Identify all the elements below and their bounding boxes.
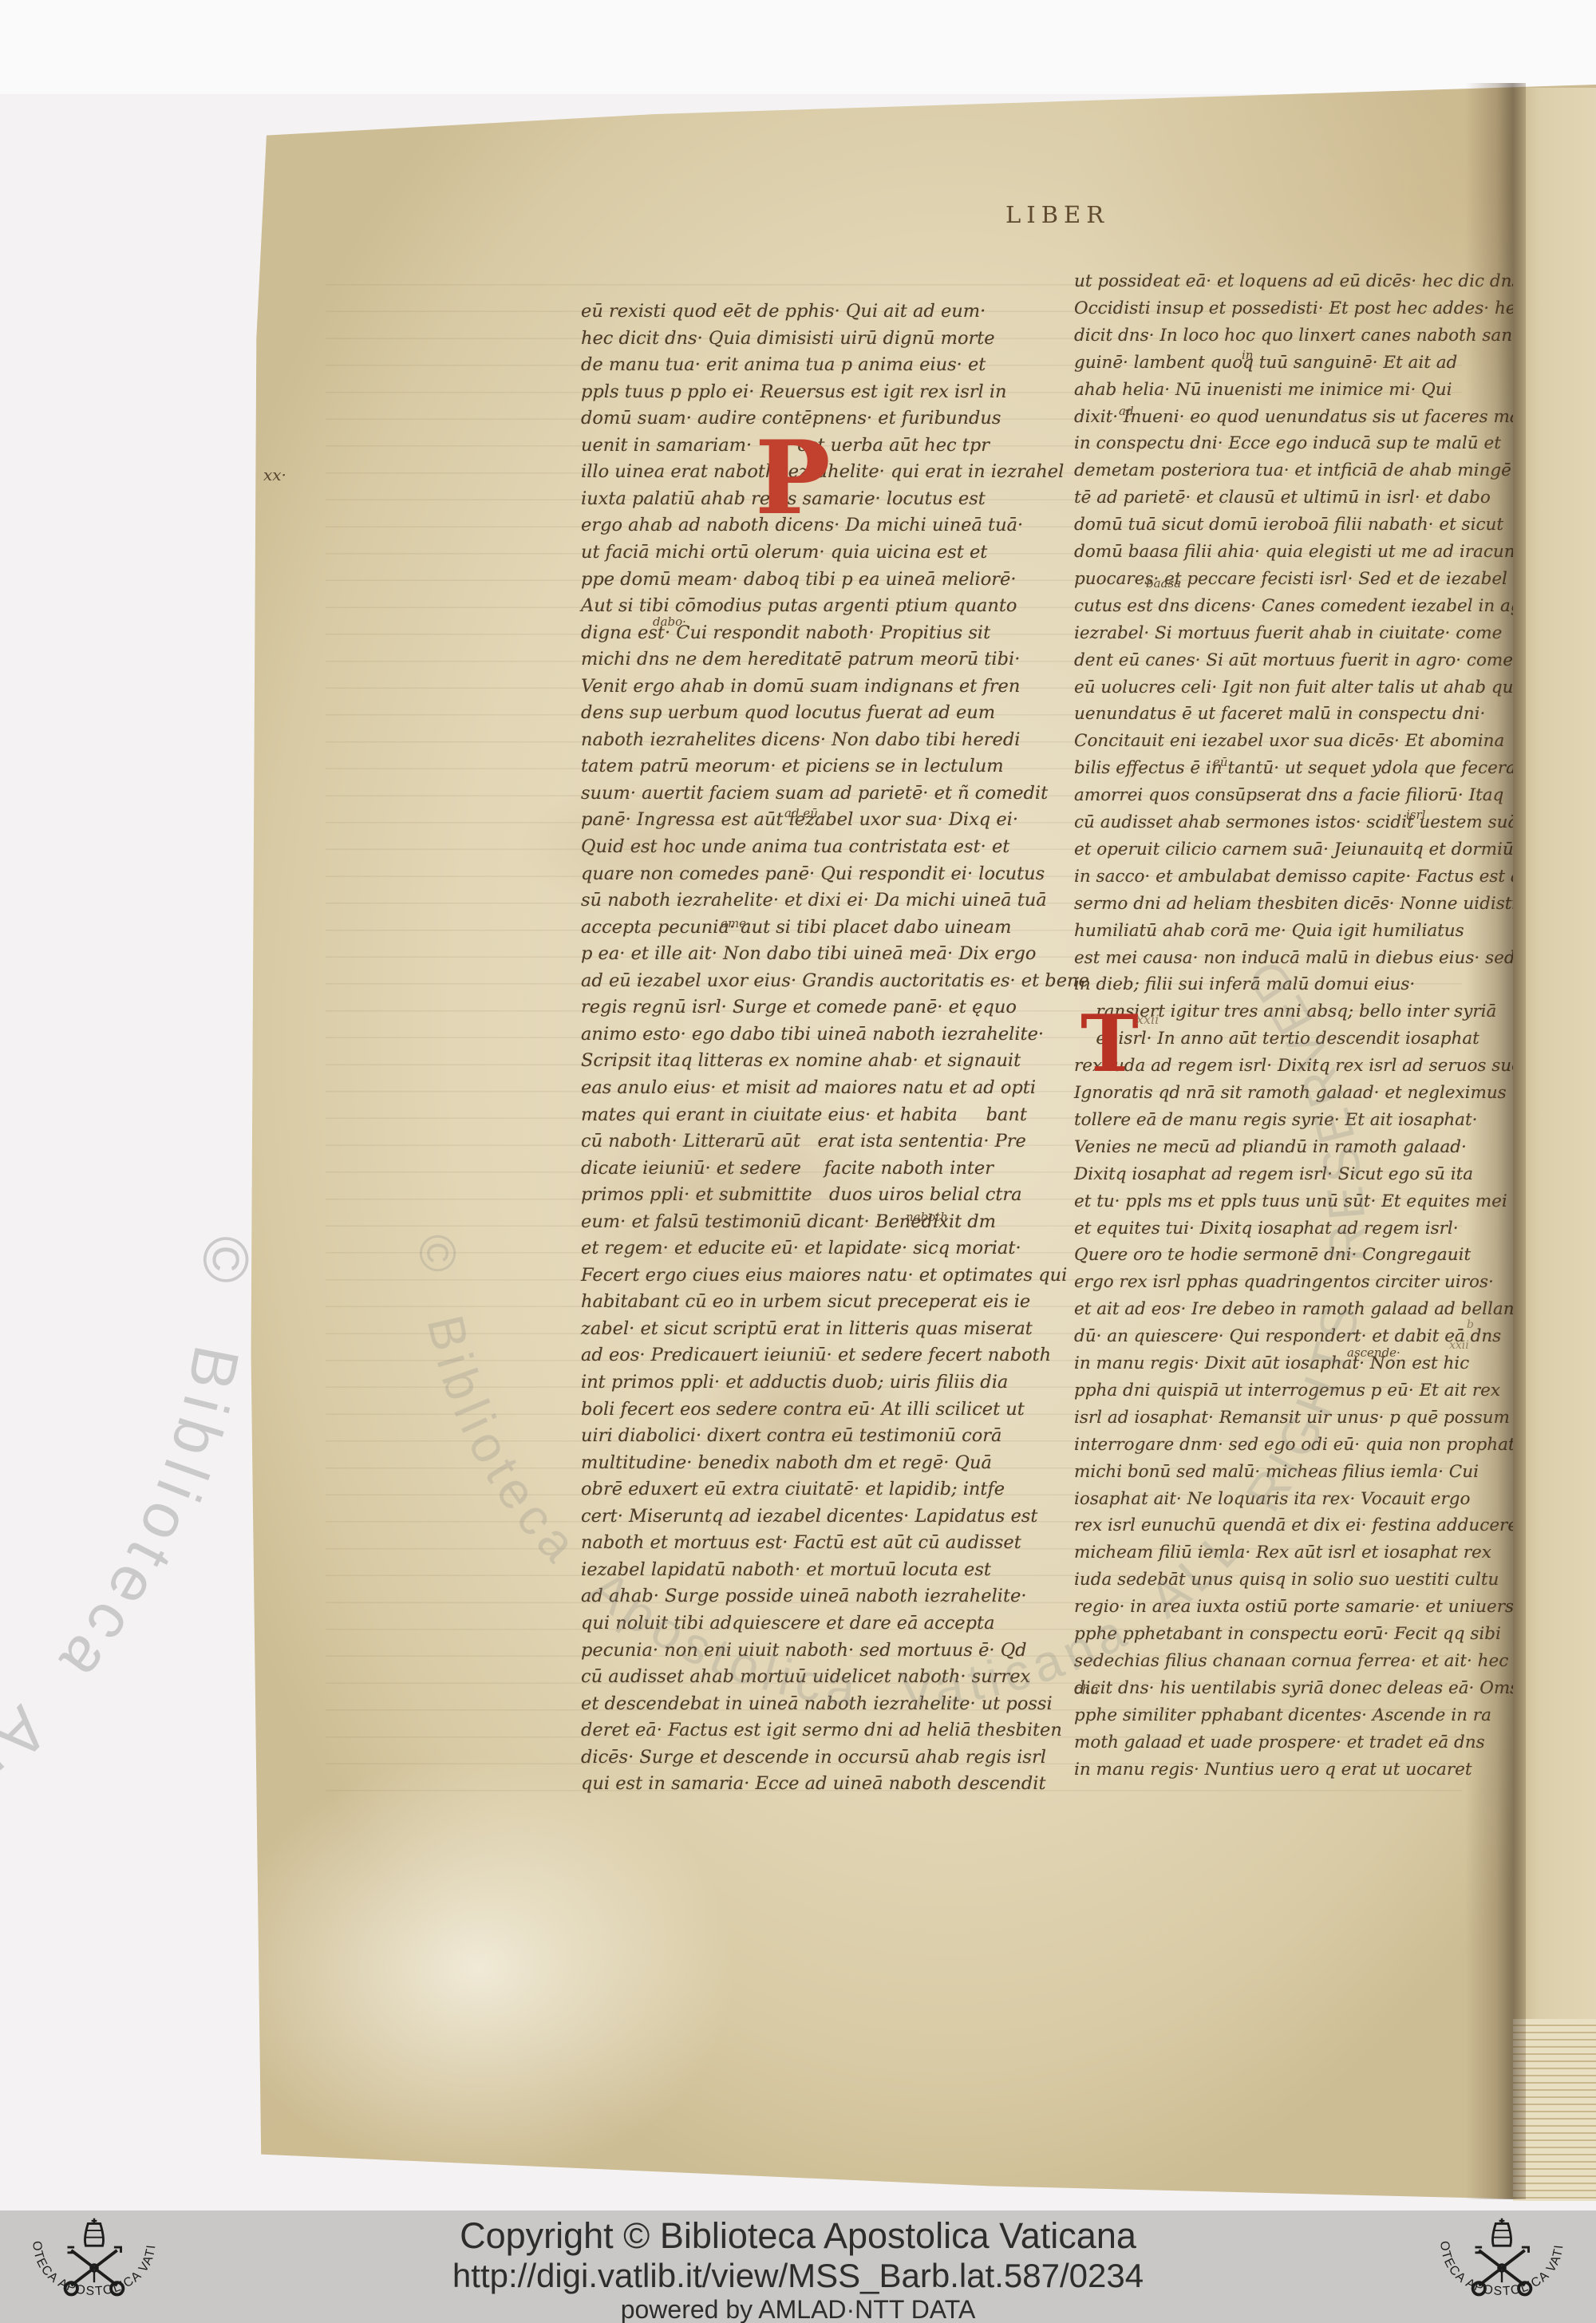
text-line: ppls tuus p pplo ei· Reuersus est igit r…: [581, 379, 1007, 406]
text-line: hec dicit dns· Quia dimisisti uirū dignū…: [581, 326, 995, 353]
text-line: ergo rex isrl pphas quadringentos circit…: [1074, 1269, 1494, 1296]
text-line: in manu regis· Nuntius uero q erat ut uo…: [1074, 1756, 1472, 1784]
text-line: qui est in samaria· Ecce ad uineā naboth…: [581, 1771, 1046, 1798]
text-line: puocares· et peccare fecisti isrl· Sed e…: [1074, 566, 1529, 593]
text-line: primos ppli· et submittite duos uiros be…: [581, 1182, 1022, 1209]
text-line: micheam filiū iemla· Rex aūt isrl et ios…: [1074, 1539, 1491, 1566]
text-line: deret eā· Factus est igit sermo dni ad h…: [581, 1717, 1062, 1744]
text-line: pphe pphetabant in conspectu eorū· Fecit…: [1074, 1621, 1501, 1648]
text-line: zabel· et sicut scriptū erat in litteris…: [581, 1316, 1033, 1343]
text-line: cū audisset ahab sermones istos· scidit …: [1074, 809, 1523, 836]
text-line: iezrabel· Si mortuus fuerit ahab in ciui…: [1074, 620, 1502, 647]
text-line: dicit dns· In loco hoc quo linxert canes…: [1074, 322, 1512, 350]
rubricated-initial-T: T: [1080, 1005, 1139, 1084]
text-line: eum· et falsū testimoniū dicant· Benedix…: [581, 1209, 996, 1236]
text-line: Scripsit itaq litteras ex nomine ahab· e…: [581, 1048, 1021, 1075]
text-line: in manu regis· Dixit aūt iosaphat· Non e…: [1074, 1350, 1469, 1377]
text-line: interrogare dnm· sed ego odi eū· quia no…: [1074, 1432, 1515, 1459]
gutter-fold-shadow: [1465, 83, 1526, 2199]
text-line: et operuit cilicio carnem suā· Jeiunauit…: [1074, 836, 1514, 863]
text-line: ut possideat eā· et loquens ad eū dicēs·…: [1074, 268, 1526, 295]
text-line: Occidisti insup et possedisti· Et post h…: [1074, 295, 1526, 322]
text-line: Fecert ergo ciues eius maiores natu· et …: [581, 1262, 1067, 1290]
watermark-outer-text: © Biblioteca Apostolica Vaticana ALL RIG…: [0, 1149, 263, 1981]
powered-by-line: powered by AMLAD·NTT DATA: [0, 2295, 1596, 2323]
text-line: rex isrl eunuchū quendā et dix ei· festi…: [1074, 1512, 1518, 1539]
text-line: et regem· et educite eū· et lapidate· si…: [581, 1235, 1021, 1262]
digitized-manuscript-scan: LIBER eū rexisti quod eēt de pphis· Qui …: [0, 0, 1596, 2323]
text-line: regio· in area iuxta ostiū porte samarie…: [1074, 1594, 1519, 1621]
text-line: et descendebat in uineā naboth iezraheli…: [581, 1691, 1053, 1718]
text-line: et ait ad eos· Ire debeo in ramoth galaa…: [1074, 1296, 1515, 1323]
copyright-line: Copyright © Biblioteca Apostolica Vatica…: [0, 2215, 1596, 2257]
text-line: est mei causa· non inducā malū in diebus…: [1074, 945, 1515, 972]
text-line: cū naboth· Litterarū aūt erat ista sente…: [581, 1128, 1026, 1156]
source-url: http://digi.vatlib.it/view/MSS_Barb.lat.…: [0, 2257, 1596, 2295]
text-line: in dieb; filii sui inferā malū domui eiu…: [1074, 971, 1415, 998]
text-line: Ignoratis qd nrā sit ramoth galaad· et n…: [1074, 1080, 1507, 1107]
text-line: tē ad parietē· et clausū et ultimū in is…: [1074, 484, 1491, 512]
text-line: dicēs· Surge et descende in occursū ahab…: [581, 1744, 1046, 1772]
text-line: guinē· lambent quoq tuū sanguinē· Et ait…: [1074, 350, 1457, 377]
text-line: eū rexisti quod eēt de pphis· Qui ait ad…: [581, 298, 986, 326]
text-line: Venies ne mecū ad pliandū in ramoth gala…: [1074, 1134, 1467, 1161]
text-line: dicate ieiuniū· et sedere facite naboth …: [581, 1156, 994, 1183]
text-line: iuda sedebāt unus quisq in solio suo ues…: [1074, 1566, 1499, 1594]
text-line: dens sup uerbum quod locutus fuerat ad e…: [581, 700, 995, 727]
text-line: dicit dns· his uentilabis syriā donec de…: [1074, 1675, 1530, 1702]
text-line: et equites tui· Dixitq iosaphat ad regem…: [1074, 1215, 1459, 1242]
text-line: digna est· Cui respondit naboth· Propiti…: [581, 620, 990, 647]
text-line: ppha dni quispiā ut interrogemus p eū· E…: [1074, 1377, 1500, 1404]
text-line: iezabel lapidatū naboth· et mortuū locut…: [581, 1557, 991, 1584]
text-line: iosaphat ait· Ne loquaris ita rex· Vocau…: [1074, 1486, 1470, 1513]
text-line: eas anulo eius· et misit ad maiores natu…: [581, 1075, 1036, 1102]
text-line: accepta pecunia· aut si tibi placet dabo…: [581, 915, 1011, 942]
text-line: ut faciā michi ortū olerum· quia uicina …: [581, 539, 987, 567]
text-line: panē· Ingressa est aūt iezabel uxor sua·…: [581, 807, 1018, 834]
text-line: ahab helia· Nū inuenisti me inimice mi· …: [1074, 377, 1452, 404]
svg-text:© Biblioteca Apostolica Vatica: © Biblioteca Apostolica Vaticana ALL RIG…: [0, 1149, 263, 1981]
text-line: tollere eā de manu regis syrie· Et ait i…: [1074, 1107, 1477, 1134]
text-line: animo esto· ego dabo tibi uineā naboth i…: [581, 1021, 1044, 1049]
text-line: regis regnū isrl· Surge et comede panē· …: [581, 994, 1017, 1021]
text-line: pecunia· non eni uiuit naboth· sed mortu…: [581, 1638, 1027, 1665]
text-line: Dixitq iosaphat ad regem isrl· Sicut ego…: [1074, 1161, 1473, 1188]
vatican-library-logo: BIBLIOTECA APOSTOLICA VATICANA: [1424, 2214, 1580, 2321]
text-line: ad eū iezabel uxor eius· Grandis auctori…: [581, 968, 1089, 995]
vatican-library-logo: BIBLIOTECA APOSTOLICA VATICANA: [16, 2214, 172, 2321]
text-line: dū· an quiescere· Qui respondert· et dab…: [1074, 1323, 1501, 1350]
text-line: in conspectu dni· Ecce ego inducā sup te…: [1074, 430, 1501, 457]
text-line: quare non comedes panē· Qui respondit ei…: [581, 861, 1045, 888]
text-line: p ea· et ille ait· Non dabo tibi uineā m…: [581, 941, 1036, 968]
rubricated-initial-P: P: [755, 428, 831, 528]
text-line: mates qui erant in ciuitate eius· et hab…: [581, 1102, 1027, 1129]
text-line: naboth iezrahelites dicens· Non dabo tib…: [581, 727, 1020, 754]
running-title: LIBER: [1005, 201, 1109, 228]
text-line: pphe similiter pphabant dicentes· Ascend…: [1074, 1702, 1491, 1729]
text-line: humiliatū ahab corā me· Quia igit humili…: [1074, 918, 1464, 945]
text-line: uenundatus ē ut faceret malū in conspect…: [1074, 701, 1485, 728]
text-line: michi dns ne dem hereditatē patrum meorū…: [581, 646, 1020, 674]
text-line: rex iuda ad regem isrl· Dixitq rex isrl …: [1074, 1053, 1531, 1080]
text-line: sermo dni ad heliam thesbiten dicēs· Non…: [1074, 891, 1517, 918]
text-line: ad ahab· Surge posside uineā naboth iezr…: [581, 1583, 1026, 1610]
text-line: amorrei quos consūpserat dns a facie fil…: [1074, 782, 1503, 809]
text-line: Concitauit eni iezabel uxor sua dicēs· E…: [1074, 728, 1504, 755]
text-line: isrl ad iosaphat· Remansit uir unus· p q…: [1074, 1404, 1510, 1432]
text-line: Quid est hoc unde anima tua contristata …: [581, 834, 1009, 861]
text-line: sedechias filius chanaan cornua ferrea· …: [1074, 1648, 1508, 1675]
text-line: domū tuā sicut domū ieroboā filii nabath…: [1074, 512, 1503, 539]
photo-backdrop: [0, 0, 1596, 94]
text-line: demetam posteriora tua· et intficiā de a…: [1074, 457, 1511, 484]
text-line: int primos ppli· et adductis duob; uiris…: [581, 1369, 1008, 1397]
text-line: tatem patrū meorum· et piciens se in lec…: [581, 753, 1004, 780]
text-line: de manu tua· erit anima tua p anima eius…: [581, 352, 986, 379]
text-line: ad eos· Predicauert ieiuniū· et sedere f…: [581, 1342, 1051, 1369]
text-line: michi bonū sed malū· micheas filius ieml…: [1074, 1459, 1479, 1486]
text-line: et tu· ppls ms et ppls tuus unū sūt· Et …: [1074, 1188, 1507, 1215]
text-line: Venit ergo ahab in domū suam indignans e…: [581, 674, 1020, 701]
footer-bar: Copyright © Biblioteca Apostolica Vatica…: [0, 2210, 1596, 2323]
text-line: Quere oro te hodie sermonē dni· Congrega…: [1074, 1242, 1471, 1269]
text-line: cū audisset ahab mortuū uidelicet naboth…: [581, 1664, 1030, 1691]
text-line: multitudine· benedix naboth dm et regē· …: [581, 1450, 992, 1477]
text-line: suum· auertit faciem suam ad parietē· et…: [581, 780, 1048, 808]
text-line: sū naboth iezrahelite· et dixi ei· Da mi…: [581, 887, 1047, 915]
text-line: qui noluit tibi adquiescere et dare eā a…: [581, 1610, 994, 1638]
text-line: ppe domū meam· daboq tibi p ea uineā mel…: [581, 567, 1017, 594]
text-line: cert· Miseruntq ad iezabel dicentes· Lap…: [581, 1503, 1037, 1531]
text-line: Aut si tibi cōmodius putas argenti ptium…: [581, 593, 1017, 620]
text-line: moth galaad et uade prospere· et tradet …: [1074, 1729, 1485, 1756]
text-line: obrē eduxert eū extra ciuitatē· et lapid…: [581, 1476, 1005, 1503]
text-line: naboth et mortuus est· Factū est aūt cū …: [581, 1530, 1021, 1557]
text-line: habitabant cū eo in urbem sicut preceper…: [581, 1289, 1030, 1316]
text-line: uiri diabolici· dixert contra eū testimo…: [581, 1423, 1001, 1450]
text-line: eū uolucres celi· Igit non fuit alter ta…: [1074, 674, 1519, 701]
text-line: boli fecert eos sedere contra eū· At ill…: [581, 1397, 1025, 1424]
